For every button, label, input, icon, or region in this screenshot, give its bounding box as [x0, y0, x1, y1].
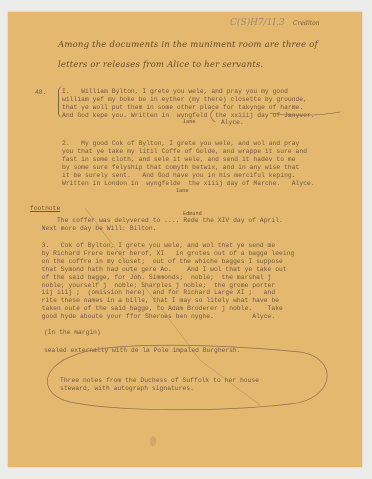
handwritten-header-line-2: letters or releases from Alice to her se… [58, 60, 263, 70]
footnote-line: The coffer was delyvered to .... Rede th… [34, 217, 283, 224]
letter-1: I. William Bylton, I grete you wele, and… [62, 88, 315, 120]
letter-1-line: I. William Bylton, I grete you wele, and… [62, 88, 288, 95]
letter-3-line: noble; yourself j noble; Sharples j nobl… [34, 282, 275, 289]
entry-number: 48. [35, 89, 46, 96]
letter-2-line: it be surely sent. And God have you in h… [62, 172, 296, 179]
sealing-note: sealed externally with de la Pole impale… [44, 347, 241, 354]
letter-2: 2. My good Cok of Bylton, I grete you we… [62, 140, 315, 187]
letter-1-line: william yef my boke be in eyther (my the… [62, 96, 307, 103]
footnote-heading: footnote [30, 205, 60, 212]
letter-3-line: iij iiij ; (omission here) and for Richa… [34, 289, 275, 296]
letter-3-line: rite these names in a bille, that I may … [34, 297, 279, 304]
letter-3-line: taken oute of the said bagge, to Adam Br… [34, 305, 283, 312]
margin-note: (In the margin) [44, 329, 101, 336]
letter-1-line: And God kepe you. Written in wyngfeld th… [62, 112, 315, 119]
document-page: C(S)H7/1I.3 Crediton Among the documents… [8, 12, 362, 467]
letter-2-line: you that ye take my litil Coffe of Golde… [62, 148, 307, 155]
letter-3: 3. Cok of Bylton, I grete you wele, and … [34, 242, 294, 321]
letter-1-line: that ye woll put them in some other plac… [62, 104, 303, 111]
archive-reference-note: Crediton [293, 20, 320, 27]
letter-2-line: Written in London in wyngfelde the xiiij… [62, 180, 315, 187]
letter-1-signature: Alyce. [221, 119, 244, 126]
summary-line: steward, with autograph signatures. [60, 385, 194, 392]
circled-summary: Three notes from the Duchess of Suffolk … [60, 377, 259, 393]
letter-2-insertion: Iane [176, 188, 188, 194]
footnote-text: The coffer was delyvered to .... Rede th… [34, 217, 283, 233]
letter-1-insertion: Iane [183, 119, 195, 125]
letter-3-line: good hyde aboute your ffor Sheroes ben n… [34, 313, 275, 320]
letter-2-line: 2. My good Cok of Bylton, I grete you we… [62, 140, 299, 147]
letter-3-line: that Symond hath had oute gere Ao. And I… [34, 266, 287, 273]
summary-line: Three notes from the Duchess of Suffolk … [60, 377, 259, 384]
letter-2-line: by some sure felyship that comyth betwix… [62, 164, 299, 171]
letter-3-line: by Richard Frere berer herof, XI in grot… [34, 250, 294, 257]
handwritten-header-line-1: Among the documents in the muniment room… [58, 40, 318, 50]
faint-mark [150, 436, 156, 446]
letter-2-line: fast in some cloth, and sele it wele, an… [62, 156, 296, 163]
letter-3-line: 3. Cok of Bylton, I grete you wele, and … [34, 242, 275, 249]
footnote-line: Next more day be Will: Bilton. [34, 225, 157, 232]
archive-reference: C(S)H7/1I.3 [230, 18, 285, 28]
letter-3-line: of the said bagge, for Joh. Simmonds; no… [34, 274, 271, 281]
letter-3-line: on the coffre in my closet; out of the w… [34, 258, 283, 265]
